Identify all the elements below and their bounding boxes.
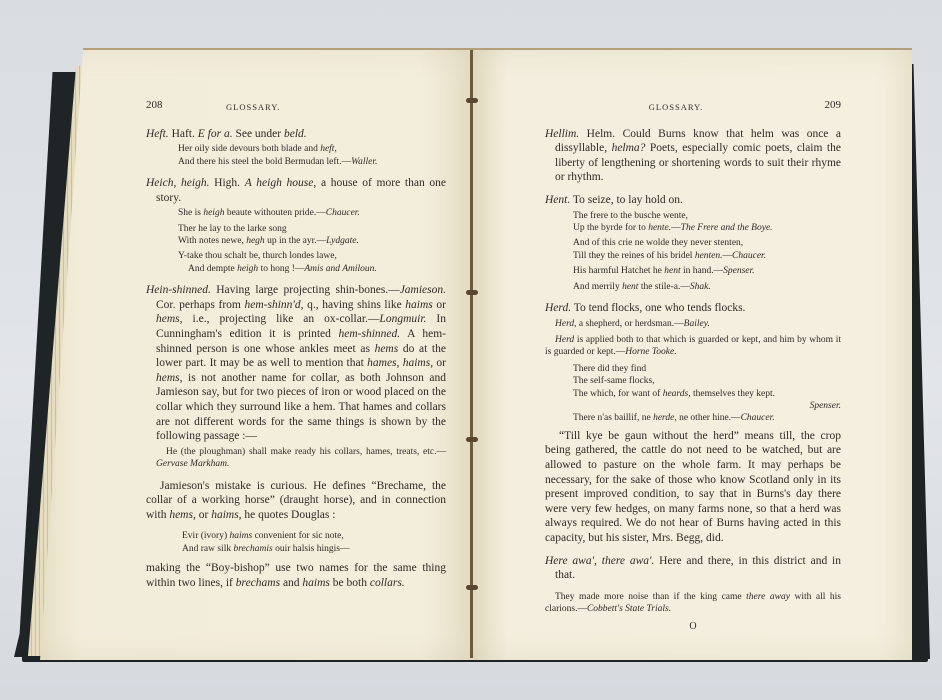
quotation-bailey: Herd, a shepherd, or herdsman.—Bailey. bbox=[545, 318, 841, 330]
definition: See under bbox=[235, 128, 281, 140]
paragraph-closing: making the “Boy-bishop” use two names fo… bbox=[146, 561, 446, 590]
quotation: Her oily side devours both blade and hef… bbox=[156, 143, 446, 168]
headword: Hent. bbox=[545, 194, 570, 206]
paragraph-jamieson: Jamieson's mistake is curious. He define… bbox=[146, 479, 446, 523]
signature-mark: O bbox=[545, 620, 841, 635]
quotation-douglas: Evir (ivory) haims convenient for sic no… bbox=[146, 530, 446, 555]
page-number: 209 bbox=[771, 98, 841, 115]
headword: Here awa', there awa'. bbox=[545, 555, 654, 567]
headword: Herd. bbox=[545, 302, 571, 314]
quotation: He (the ploughman) shall make ready his … bbox=[156, 446, 446, 471]
glossary-entry-herd: Herd. To tend flocks, one who tends floc… bbox=[545, 301, 841, 546]
cross-reference: beld. bbox=[284, 128, 307, 140]
binding-thread-knot bbox=[466, 437, 478, 442]
definition-italic: E for a. bbox=[198, 128, 233, 140]
page-number: 208 bbox=[146, 98, 216, 115]
quotation-horne-tooke: Herd is applied both to that which is gu… bbox=[545, 334, 841, 359]
glossary-entry-hein-shinned: Hein-shinned. Having large projecting sh… bbox=[146, 283, 446, 470]
binding-thread-knot bbox=[466, 98, 478, 103]
headword: Hein-shinned. bbox=[146, 284, 211, 296]
headword: Heft. bbox=[146, 128, 169, 140]
running-head-title: GLOSSARY. bbox=[216, 98, 446, 115]
running-head: GLOSSARY. 209 bbox=[545, 98, 841, 115]
left-page-content: 208 GLOSSARY. Heft. Haft. E for a. See u… bbox=[146, 98, 446, 598]
binding-thread-knot bbox=[466, 290, 478, 295]
quotation-cobbett: They made more noise than if the king ca… bbox=[545, 591, 841, 616]
glossary-entry-here-awa: Here awa', there awa'. Here and there, i… bbox=[545, 554, 841, 583]
quotation: She is heigh beaute withouten pride.—Cha… bbox=[156, 207, 446, 275]
running-head: 208 GLOSSARY. bbox=[146, 98, 446, 115]
glossary-entry-hellim: Hellim. Helm. Could Burns know that helm… bbox=[545, 127, 841, 185]
glossary-entry-heft: Heft. Haft. E for a. See under beld. Her… bbox=[146, 127, 446, 168]
glossary-entry-hent: Hent. To seize, to lay hold on. The frer… bbox=[545, 193, 841, 293]
paragraph-herd: “Till kye be gaun without the herd” mean… bbox=[545, 429, 841, 546]
right-page-content: GLOSSARY. 209 Hellim. Helm. Could Burns … bbox=[545, 98, 841, 634]
quotation: The frere to the busche wente, Up the by… bbox=[555, 210, 841, 293]
binding-thread-knot bbox=[466, 585, 478, 590]
glossary-entry-heich: Heich, heigh. High. A heigh house, a hou… bbox=[146, 176, 446, 275]
quotation-spenser: There did they find The self-same flocks… bbox=[545, 363, 841, 425]
quotation-source: Waller. bbox=[351, 157, 377, 167]
definition: Haft. bbox=[172, 128, 195, 140]
running-head-title: GLOSSARY. bbox=[545, 98, 771, 115]
headword: Hellim. bbox=[545, 128, 579, 140]
book-gutter bbox=[470, 50, 473, 658]
headword: Heich, heigh. bbox=[146, 177, 209, 189]
